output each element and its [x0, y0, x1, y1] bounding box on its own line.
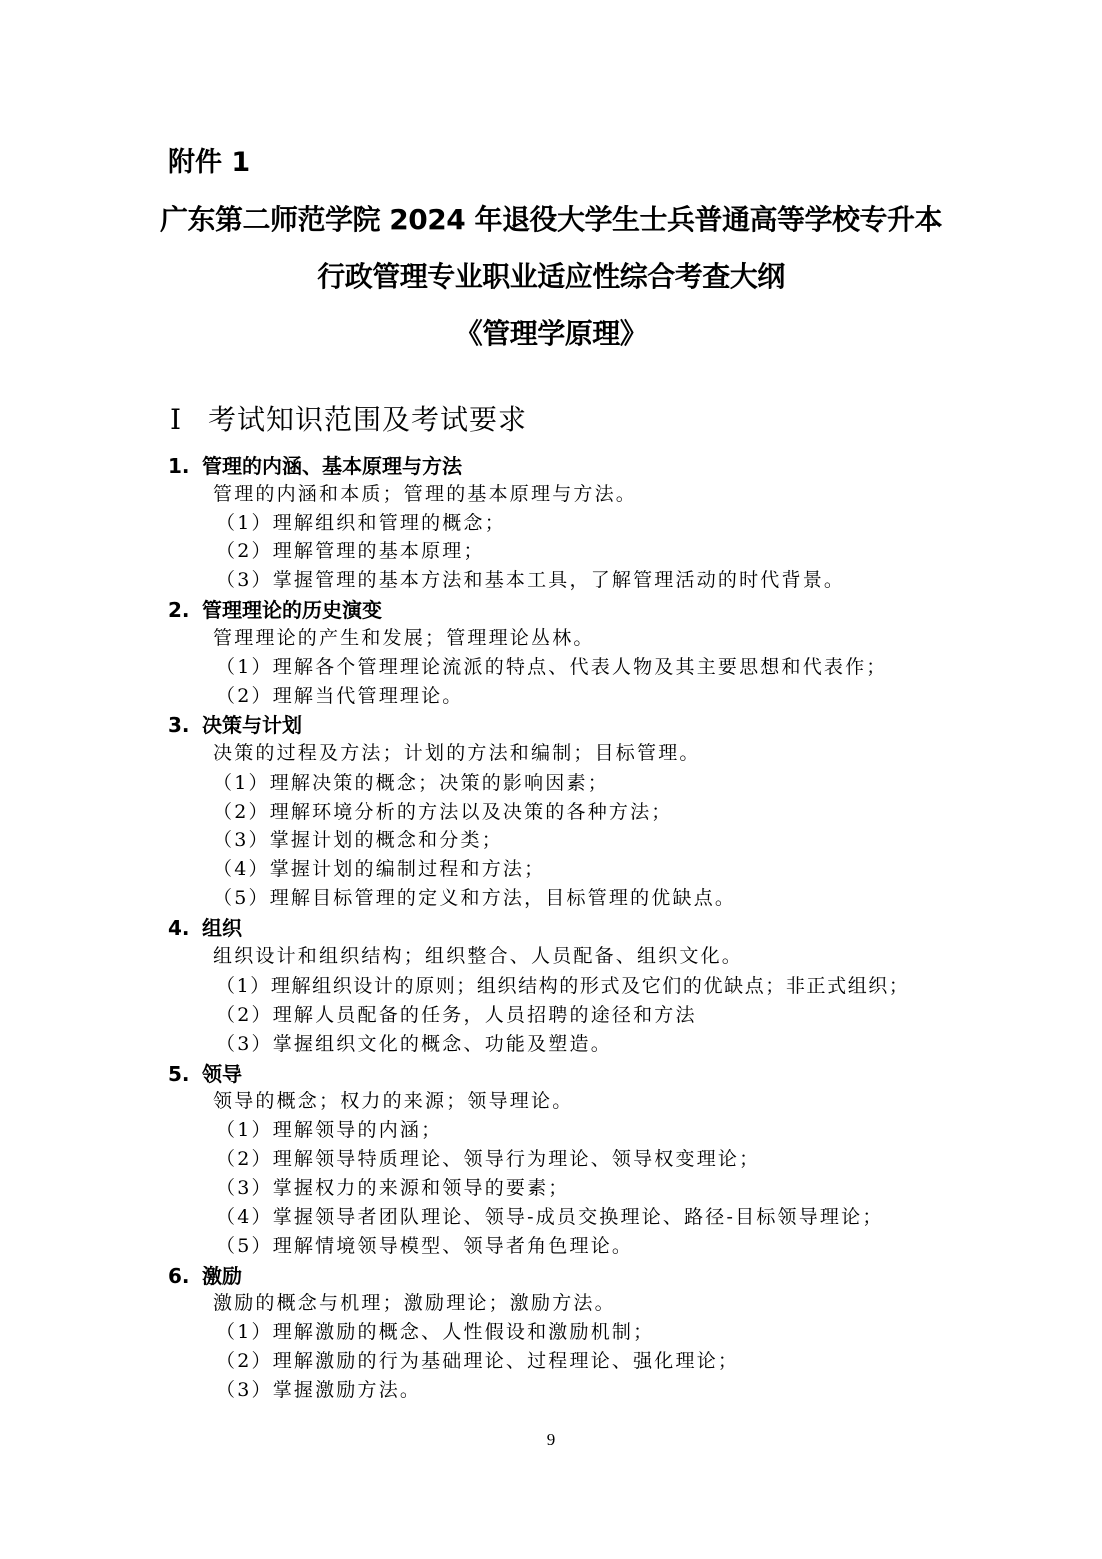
- document-title-line-1: 广东第二师范学院 2024 年退役大学生士兵普通高等学校专升本: [0, 206, 1102, 234]
- attachment-label: 附件 1: [168, 149, 250, 176]
- document-title-line-2: 行政管理专业职业适应性综合考查大纲: [0, 263, 1102, 291]
- requirement-item: （2）理解环境分析的方法以及决策的各种方法；: [213, 803, 673, 822]
- topic-summary: 管理的内涵和本质；管理的基本原理与方法。: [213, 485, 637, 504]
- document-page: 附件 1 广东第二师范学院 2024 年退役大学生士兵普通高等学校专升本 行政管…: [0, 0, 1102, 1559]
- requirement-item: （2）理解激励的行为基础理论、过程理论、强化理论；: [216, 1352, 739, 1371]
- topic-number: 5.: [168, 1064, 202, 1084]
- topic-summary: 领导的概念；权力的来源；领导理论。: [213, 1092, 573, 1111]
- topic-heading: 5.领导: [168, 1064, 242, 1084]
- topic-number: 2.: [168, 600, 202, 620]
- topic-heading: 3.决策与计划: [168, 715, 302, 735]
- requirement-item: （3）掌握管理的基本方法和基本工具，了解管理活动的时代背景。: [216, 571, 845, 590]
- topic-heading: 4.组织: [168, 918, 242, 938]
- course-title: 《管理学原理》: [0, 320, 1102, 348]
- requirement-item: （2）理解当代管理理论。: [216, 687, 464, 706]
- requirement-item: （1）理解决策的概念；决策的影响因素；: [213, 774, 609, 793]
- page-number: 9: [0, 1431, 1102, 1448]
- requirement-item: （2）理解管理的基本原理；: [216, 542, 485, 561]
- topic-number: 4.: [168, 918, 202, 938]
- requirement-item: （3）掌握激励方法。: [216, 1381, 421, 1400]
- requirement-item: （5）理解目标管理的定义和方法，目标管理的优缺点。: [213, 889, 736, 908]
- topic-heading: 2.管理理论的历史演变: [168, 600, 382, 620]
- requirement-item: （2）理解人员配备的任务，人员招聘的途径和方法: [216, 1006, 697, 1025]
- requirement-item: （2）理解领导特质理论、领导行为理论、领导权变理论；: [216, 1150, 760, 1169]
- topic-title: 领导: [202, 1062, 242, 1086]
- topic-number: 6.: [168, 1266, 202, 1286]
- requirement-item: （3）掌握计划的概念和分类；: [213, 831, 503, 850]
- topic-title: 管理的内涵、基本原理与方法: [202, 454, 462, 478]
- requirement-item: （5）理解情境领导模型、领导者角色理论。: [216, 1237, 633, 1256]
- requirement-item: （1）理解各个管理理论流派的特点、代表人物及其主要思想和代表作；: [216, 658, 888, 677]
- requirement-item: （3）掌握权力的来源和领导的要素；: [216, 1179, 570, 1198]
- requirement-item: （1）理解激励的概念、人性假设和激励机制；: [216, 1323, 654, 1342]
- topic-summary: 组织设计和组织结构；组织整合、人员配备、组织文化。: [213, 947, 743, 966]
- topic-title: 决策与计划: [202, 713, 302, 737]
- topic-title: 激励: [202, 1264, 242, 1288]
- topic-heading: 1.管理的内涵、基本原理与方法: [168, 456, 462, 476]
- requirement-item: （1）理解组织和管理的概念；: [216, 514, 506, 533]
- topic-number: 1.: [168, 456, 202, 476]
- section-title: 考试知识范围及考试要求: [208, 403, 527, 436]
- topic-summary: 激励的概念与机理；激励理论；激励方法。: [213, 1294, 616, 1313]
- topic-title: 管理理论的历史演变: [202, 598, 382, 622]
- section-number: Ⅰ: [170, 406, 208, 434]
- section-heading: Ⅰ考试知识范围及考试要求: [170, 406, 527, 434]
- requirement-item: （4）掌握计划的编制过程和方法；: [213, 860, 545, 879]
- requirement-item: （4）掌握领导者团队理论、领导-成员交换理论、路径-目标领导理论；: [216, 1208, 884, 1227]
- topic-number: 3.: [168, 715, 202, 735]
- topic-summary: 决策的过程及方法；计划的方法和编制；目标管理。: [213, 744, 701, 763]
- topic-heading: 6.激励: [168, 1266, 242, 1286]
- topic-title: 组织: [202, 916, 242, 940]
- requirement-item: （1）理解组织设计的原则；组织结构的形式及它们的优缺点；非正式组织；: [216, 977, 910, 996]
- topic-summary: 管理理论的产生和发展；管理理论丛林。: [213, 629, 595, 648]
- requirement-item: （1）理解领导的内涵；: [216, 1121, 442, 1140]
- requirement-item: （3）掌握组织文化的概念、功能及塑造。: [216, 1035, 612, 1054]
